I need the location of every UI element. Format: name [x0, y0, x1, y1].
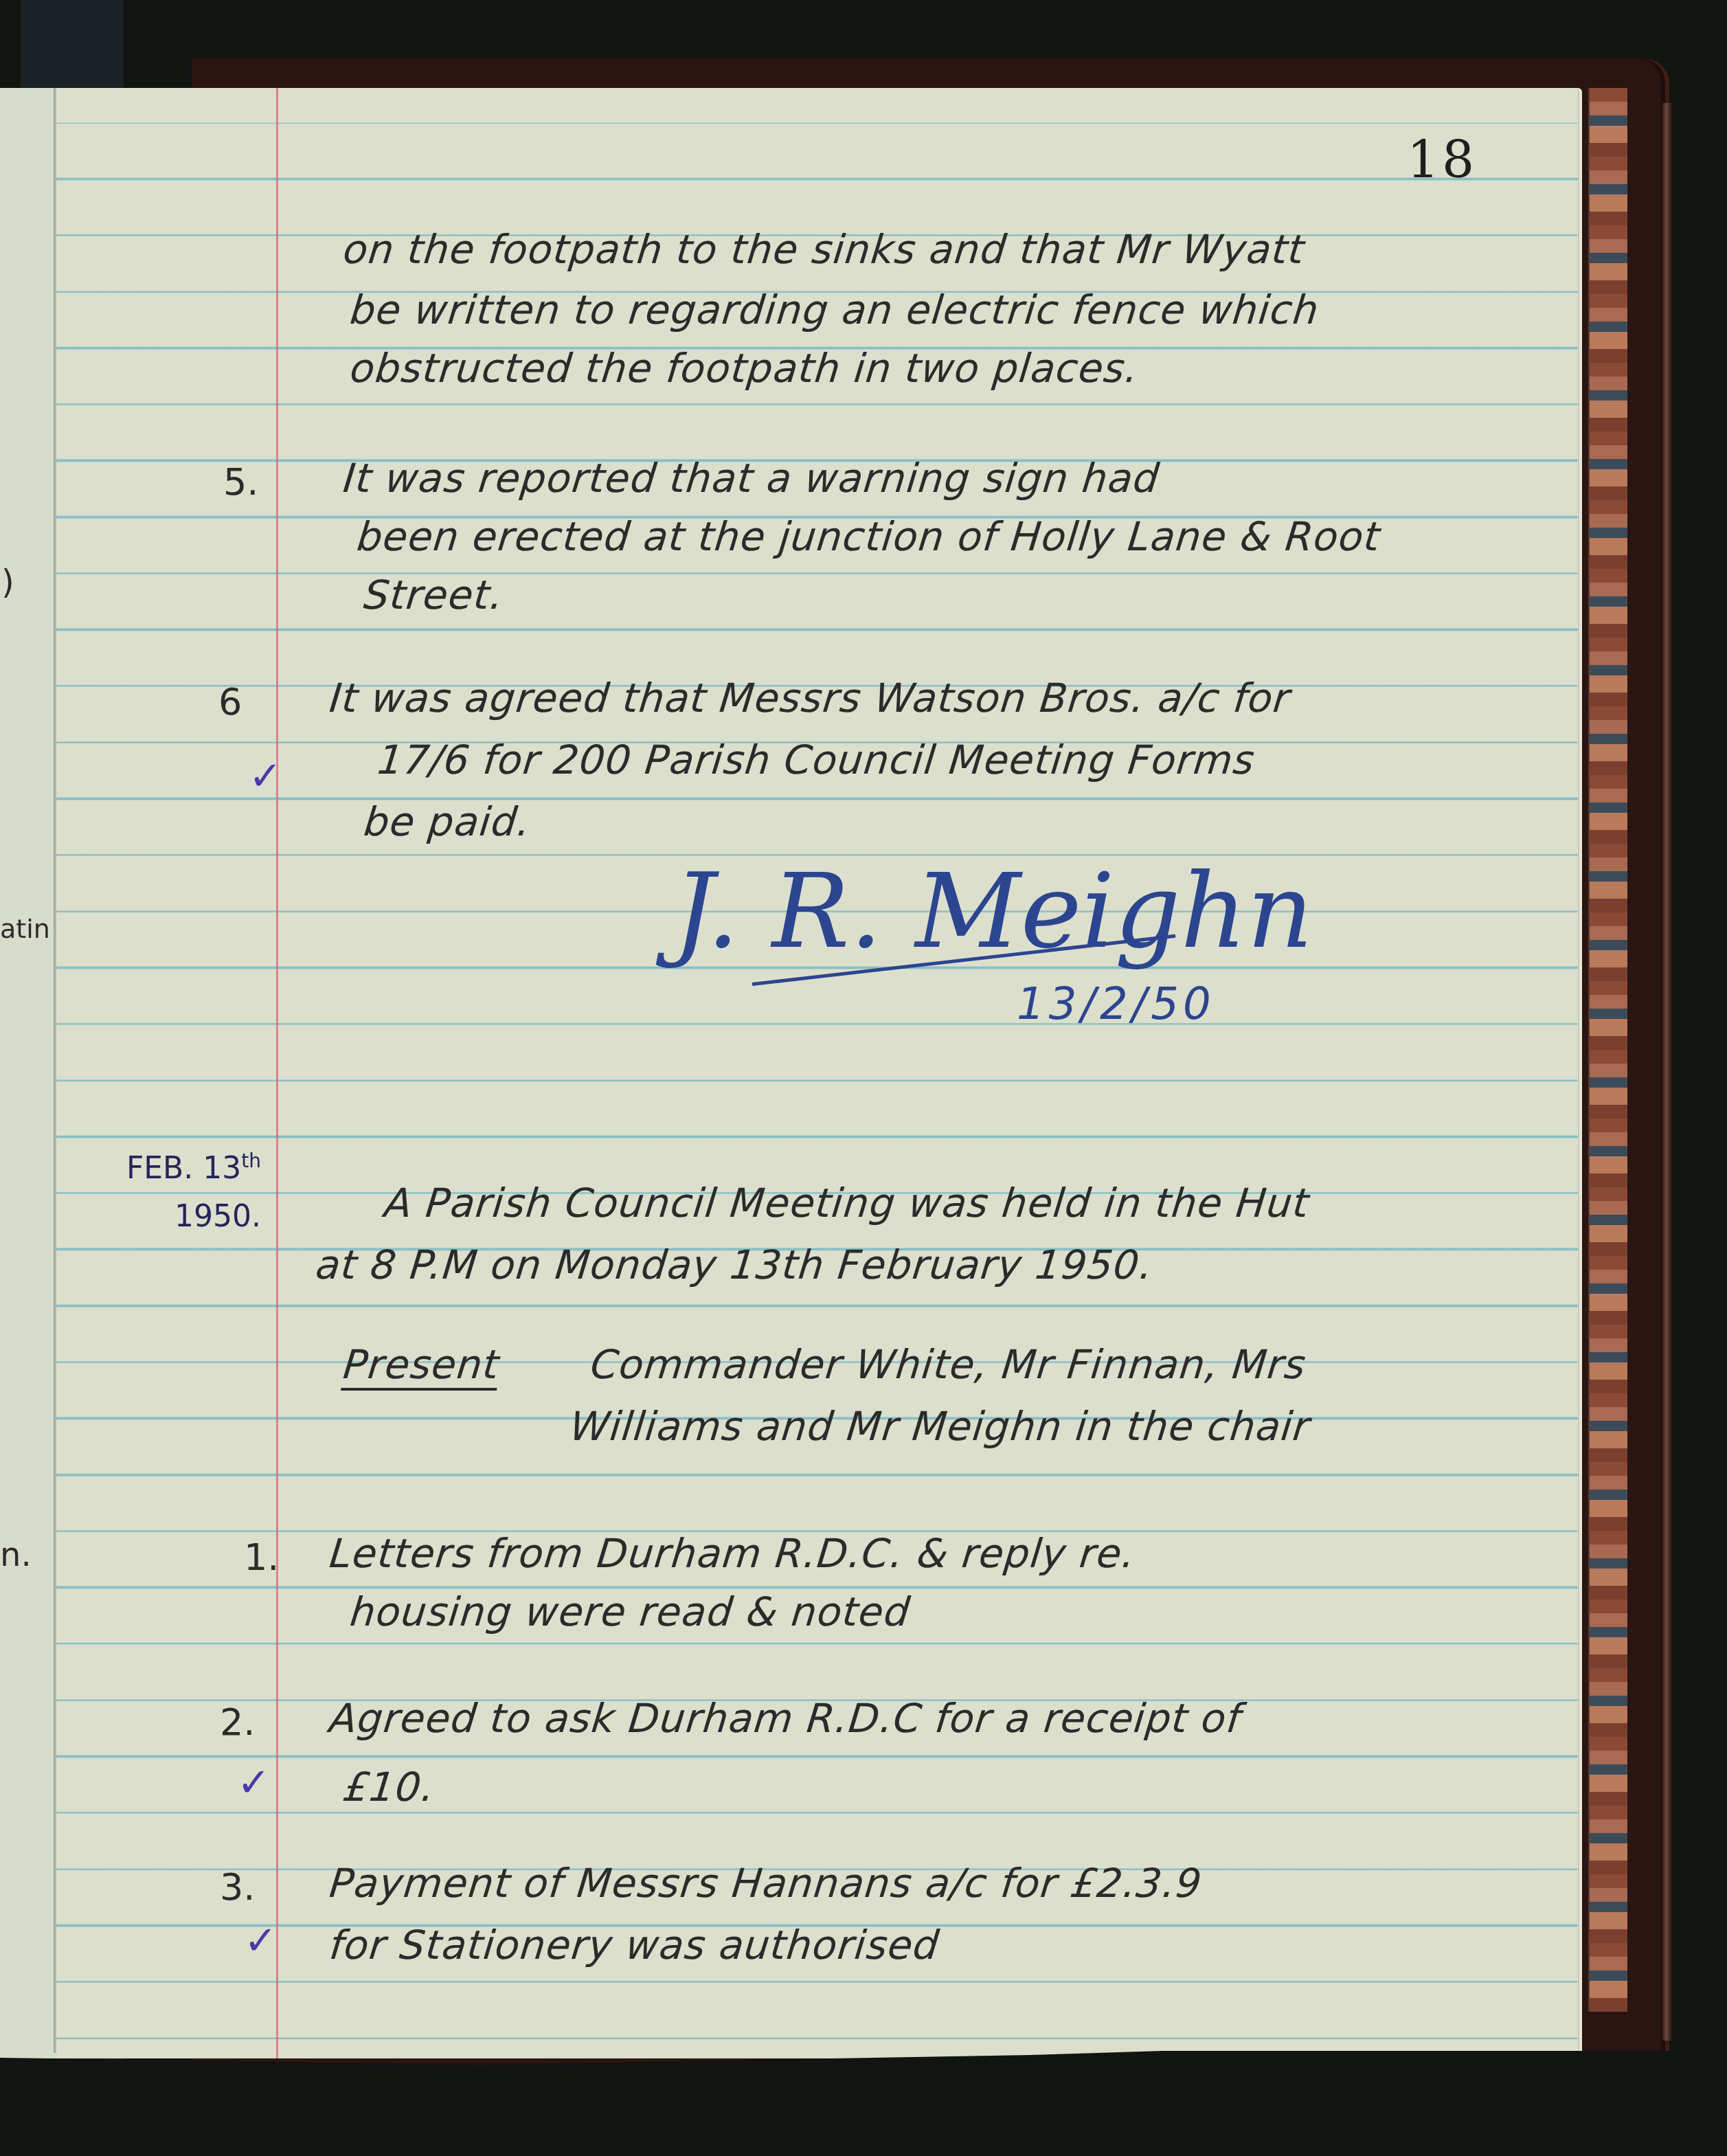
- margin-line: [276, 88, 278, 2058]
- tick-mark-icon: ✓: [249, 752, 282, 799]
- date-year: 1950.: [89, 1193, 261, 1241]
- item-number: 1.: [244, 1536, 280, 1579]
- text-line: Williams and Mr Meighn in the chair: [567, 1398, 1313, 1455]
- text-line: Street.: [361, 567, 507, 623]
- text-line: Letters from Durham R.D.C. & reply re.: [327, 1525, 1139, 1582]
- tick-mark-icon: ✓: [237, 1759, 271, 1806]
- item-number: 6: [218, 680, 242, 723]
- text-line: be paid.: [361, 794, 534, 850]
- text-line: Commander White, Mr Finnan, Mrs: [588, 1336, 1309, 1393]
- text-line: housing were read & noted: [348, 1584, 914, 1640]
- text-line: It was reported that a warning sign had: [341, 450, 1162, 506]
- text-line: been erected at the junction of Holly La…: [354, 508, 1384, 565]
- item-number: 2.: [220, 1700, 256, 1744]
- page-number: 18: [1407, 131, 1477, 190]
- left-page-fragment: ): [1, 563, 14, 602]
- text-line: obstructed the footpath in two places.: [348, 340, 1142, 396]
- text-line: £10.: [341, 1759, 438, 1815]
- text-line: for Stationery was authorised: [327, 1917, 942, 1973]
- item-number: 3.: [220, 1865, 256, 1909]
- page-bottom-shadow: [0, 2051, 1727, 2156]
- left-page-fragment: atin: [0, 914, 50, 944]
- tick-mark-icon: ✓: [244, 1917, 278, 1964]
- text-line: A Parish Council Meeting was held in the…: [382, 1175, 1312, 1231]
- text-line: at 8 P.M on Monday 13th February 1950.: [313, 1237, 1156, 1293]
- meeting-date-margin: FEB. 13th 1950.: [89, 1137, 261, 1241]
- text-line: It was agreed that Messrs Watson Bros. a…: [327, 670, 1294, 726]
- signature: J. R. Meighn: [673, 852, 1313, 972]
- present-label: Present: [341, 1336, 503, 1393]
- text-line: on the footpath to the sinks and that Mr…: [341, 221, 1308, 278]
- text-line: be written to regarding an electric fenc…: [348, 282, 1322, 338]
- text-line: 17/6 for 200 Parish Council Meeting Form…: [375, 732, 1258, 788]
- date-suffix: th: [241, 1149, 261, 1172]
- item-number: 5.: [223, 460, 259, 504]
- text-line: Payment of Messrs Hannans a/c for £2.3.9: [327, 1855, 1205, 1911]
- cover-edge: [1662, 103, 1672, 2041]
- text-line: Agreed to ask Durham R.D.C for a receipt…: [327, 1690, 1245, 1747]
- date-day: FEB. 13: [126, 1151, 241, 1186]
- left-page-fragment: n.: [0, 1536, 32, 1574]
- marbled-page-edge: [1588, 88, 1627, 2012]
- left-page: [0, 88, 58, 2058]
- signature-date: 13/2/50: [1017, 979, 1215, 1030]
